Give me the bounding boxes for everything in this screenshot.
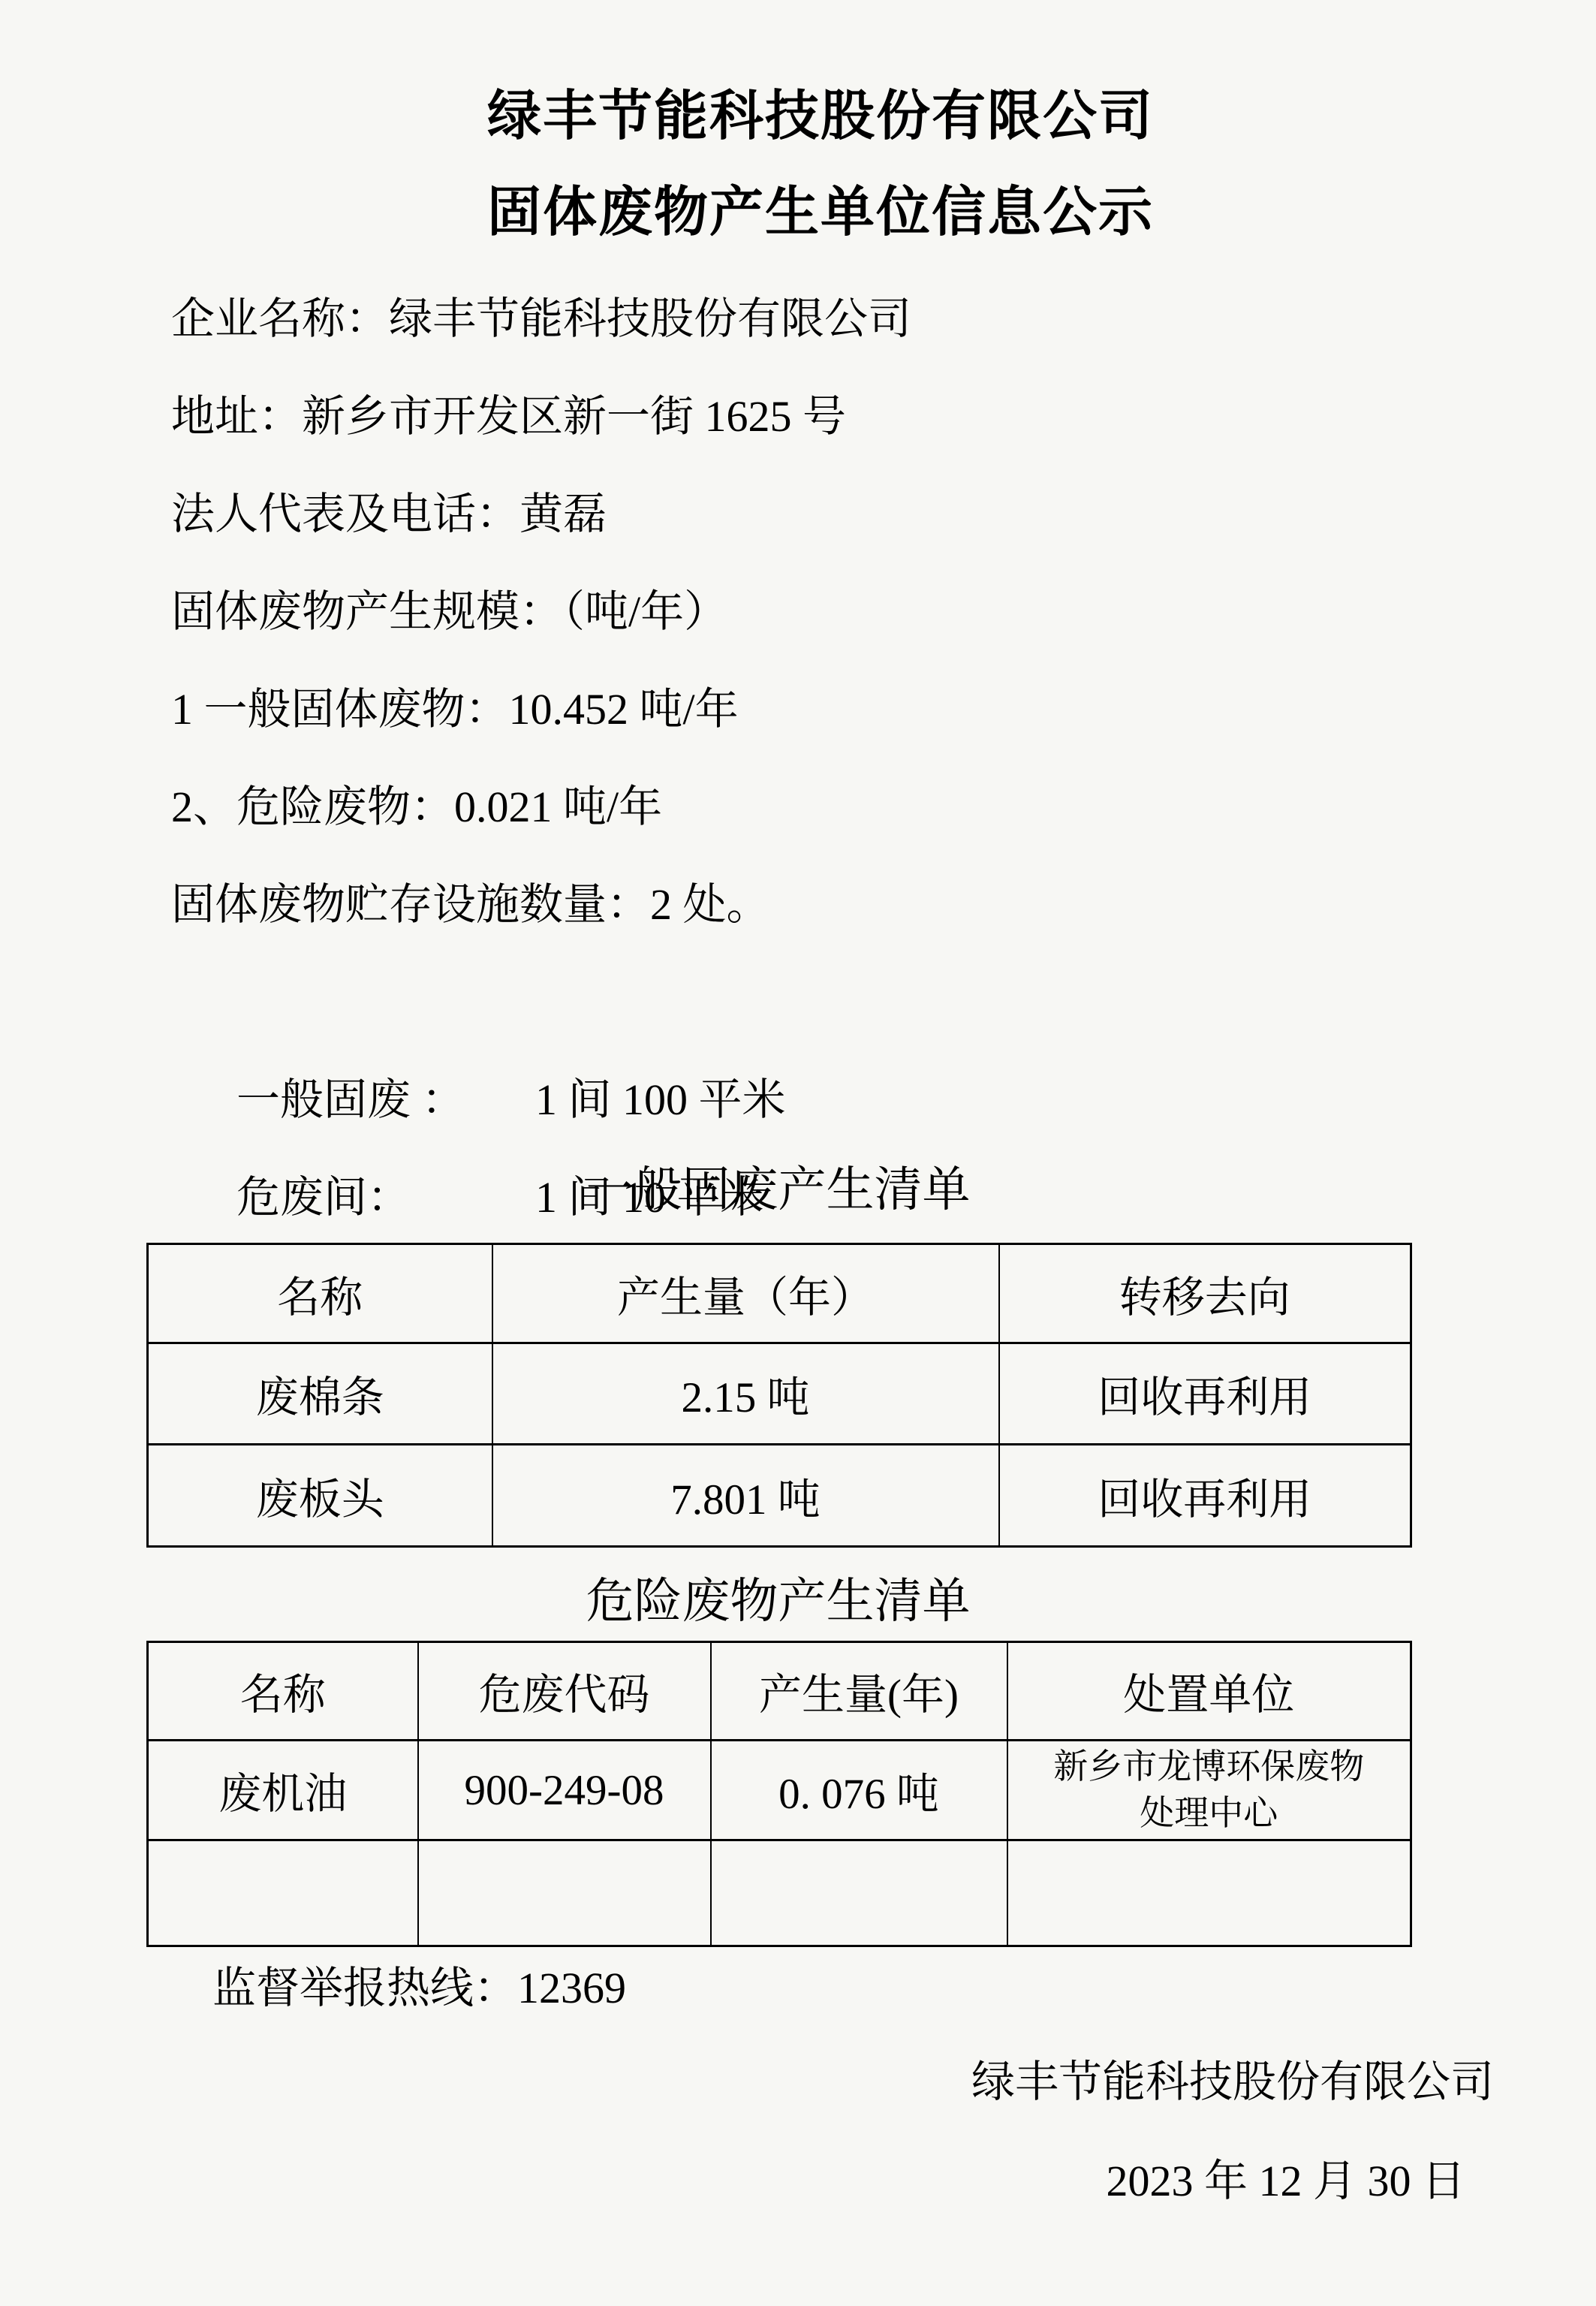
cell-destination: 回收再利用 (999, 1445, 1411, 1547)
general-header-destination: 转移去向 (999, 1244, 1411, 1343)
hazardous-waste-header-row: 名称 危废代码 产生量(年) 处置单位 (148, 1642, 1411, 1741)
info-line-general-storage: 一般固废 ：1 间 100 平米 (171, 954, 911, 1051)
doc-title-company: 绿丰节能科技股份有限公司 (23, 87, 1596, 146)
doc-title-subject: 固体废物产生单位信息公示 (23, 183, 1596, 242)
report-hotline: 监督举报热线：12369 (212, 1952, 626, 2024)
cell-code (418, 1840, 711, 1946)
disposal-unit-text: 新乡市龙博环保废物处理中心 (1043, 1744, 1374, 1837)
general-waste-table-title: 一般固废产生清单 (146, 1160, 1410, 1220)
info-block: 企业名称：绿丰节能科技股份有限公司 地址：新乡市开发区新一街 1625 号 法人… (171, 270, 911, 1149)
general-waste-row-cotton: 废棉条 2.15 吨 回收再利用 (148, 1343, 1411, 1445)
cell-output: 2.15 吨 (492, 1343, 999, 1445)
info-line-address: 地址：新乡市开发区新一街 1625 号 (171, 368, 911, 466)
cell-disposal-unit: 新乡市龙博环保废物处理中心 (1007, 1741, 1411, 1840)
cell-name: 废机油 (148, 1741, 418, 1840)
hazardous-header-output: 产生量(年) (711, 1642, 1007, 1741)
cell-name (148, 1840, 418, 1946)
cell-code: 900-249-08 (418, 1741, 711, 1840)
cell-disposal-unit (1007, 1840, 1411, 1946)
hazardous-waste-table-title: 危险废物产生清单 (146, 1572, 1410, 1632)
info-line-scale: 固体废物产生规模：（吨/年） (171, 563, 911, 661)
hazardous-waste-row-empty (148, 1840, 1411, 1946)
general-waste-row-board: 废板头 7.801 吨 回收再利用 (148, 1445, 1411, 1547)
general-waste-table: 名称 产生量（年） 转移去向 废棉条 2.15 吨 回收再利用 废板头 7.80… (146, 1243, 1412, 1548)
footer-date: 2023 年 12 月 30 日 (1106, 2145, 1465, 2217)
general-header-output: 产生量（年） (492, 1244, 999, 1343)
hazardous-waste-table: 名称 危废代码 产生量(年) 处置单位 废机油 900-249-08 0. 07… (146, 1641, 1412, 1947)
footer-company-signature: 绿丰节能科技股份有限公司 (971, 2046, 1494, 2118)
cell-name: 废棉条 (148, 1343, 492, 1445)
info-line-company-name: 企业名称：绿丰节能科技股份有限公司 (171, 270, 911, 368)
cell-name: 废板头 (148, 1445, 492, 1547)
general-storage-label: 一般固废 ： (236, 1051, 535, 1149)
hazardous-waste-row-oil: 废机油 900-249-08 0. 076 吨 新乡市龙博环保废物处理中心 (148, 1741, 1411, 1840)
info-line-hazardous-waste: 2、危险废物：0.021 吨/年 (171, 758, 911, 856)
document-page: 绿丰节能科技股份有限公司 固体废物产生单位信息公示 企业名称：绿丰节能科技股份有… (0, 0, 1596, 2306)
hazardous-header-code: 危废代码 (418, 1642, 711, 1741)
info-line-general-waste: 1 一般固体废物：10.452 吨/年 (171, 661, 911, 758)
info-line-storage-count: 固体废物贮存设施数量：2 处。 (171, 856, 911, 954)
cell-destination: 回收再利用 (999, 1343, 1411, 1445)
hazardous-header-disposal-unit: 处置单位 (1007, 1642, 1411, 1741)
hazardous-header-name: 名称 (148, 1642, 418, 1741)
info-line-legal-rep: 法人代表及电话：黄磊 (171, 466, 911, 563)
cell-output: 0. 076 吨 (711, 1741, 1007, 1840)
general-waste-header-row: 名称 产生量（年） 转移去向 (148, 1244, 1411, 1343)
general-storage-value: 1 间 100 平米 (535, 1075, 786, 1124)
general-header-name: 名称 (148, 1244, 492, 1343)
cell-output (711, 1840, 1007, 1946)
cell-output: 7.801 吨 (492, 1445, 999, 1547)
